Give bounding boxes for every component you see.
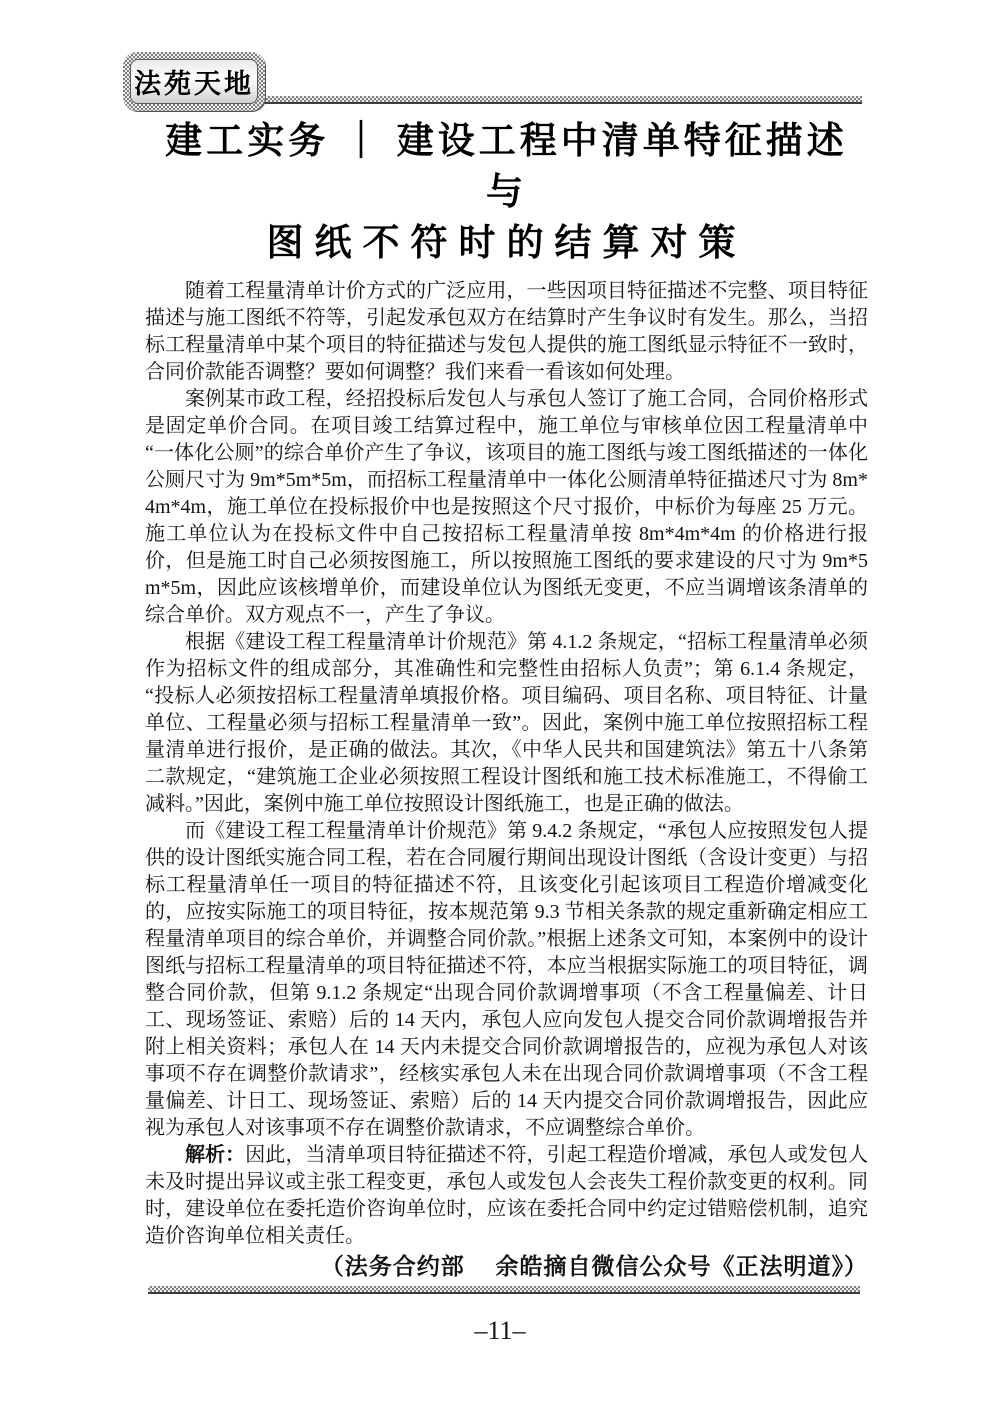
body-paragraph-case: 案例某市政工程，经招投标后发包人与承包人签订了施工合同，合同价格形式是固定单价合… [145,386,868,629]
article: 建工实务 ｜ 建设工程中清单特征描述与 图纸不符时的结算对策 随着工程量清单计价… [145,116,868,1284]
body-paragraph-rules: 根据《建设工程工程量清单计价规范》第 4.1.2 条规定，“招标工程量清单必须作… [145,629,868,818]
masthead-badge-label: 法苑天地 [130,59,258,104]
document-page: { "masthead": { "badge_label": "法苑天地" },… [0,0,1000,1413]
masthead-rule [250,96,862,104]
article-title-line-2: 图纸不符时的结算对策 [145,218,868,269]
article-title-line-1: 建工实务 ｜ 建设工程中清单特征描述与 [145,116,868,218]
body-paragraph-intro: 随着工程量清单计价方式的广泛应用，一些因项目特征描述不完整、项目特征描述与施工图… [145,278,868,386]
masthead-badge: 法苑天地 [123,52,265,111]
analysis-label: 解析： [185,1144,245,1166]
attribution-line: （法务合约部 余皓摘自微信公众号《正法明道》） [145,1250,868,1284]
page-number: –11– [0,1316,1000,1346]
body-paragraph-analysis-basis: 而《建设工程工程量清单计价规范》第 9.4.2 条规定，“承包人应按照发包人提供… [145,818,868,1142]
article-title: 建工实务 ｜ 建设工程中清单特征描述与 图纸不符时的结算对策 [145,116,868,269]
analysis-paragraph: 解析：因此，当清单项目特征描述不符，引起工程造价增减，承包人或发包人未及时提出异… [145,1142,868,1250]
analysis-text: 因此，当清单项目特征描述不符，引起工程造价增减，承包人或发包人未及时提出异议或主… [145,1144,868,1247]
footer-rule [148,1286,860,1294]
